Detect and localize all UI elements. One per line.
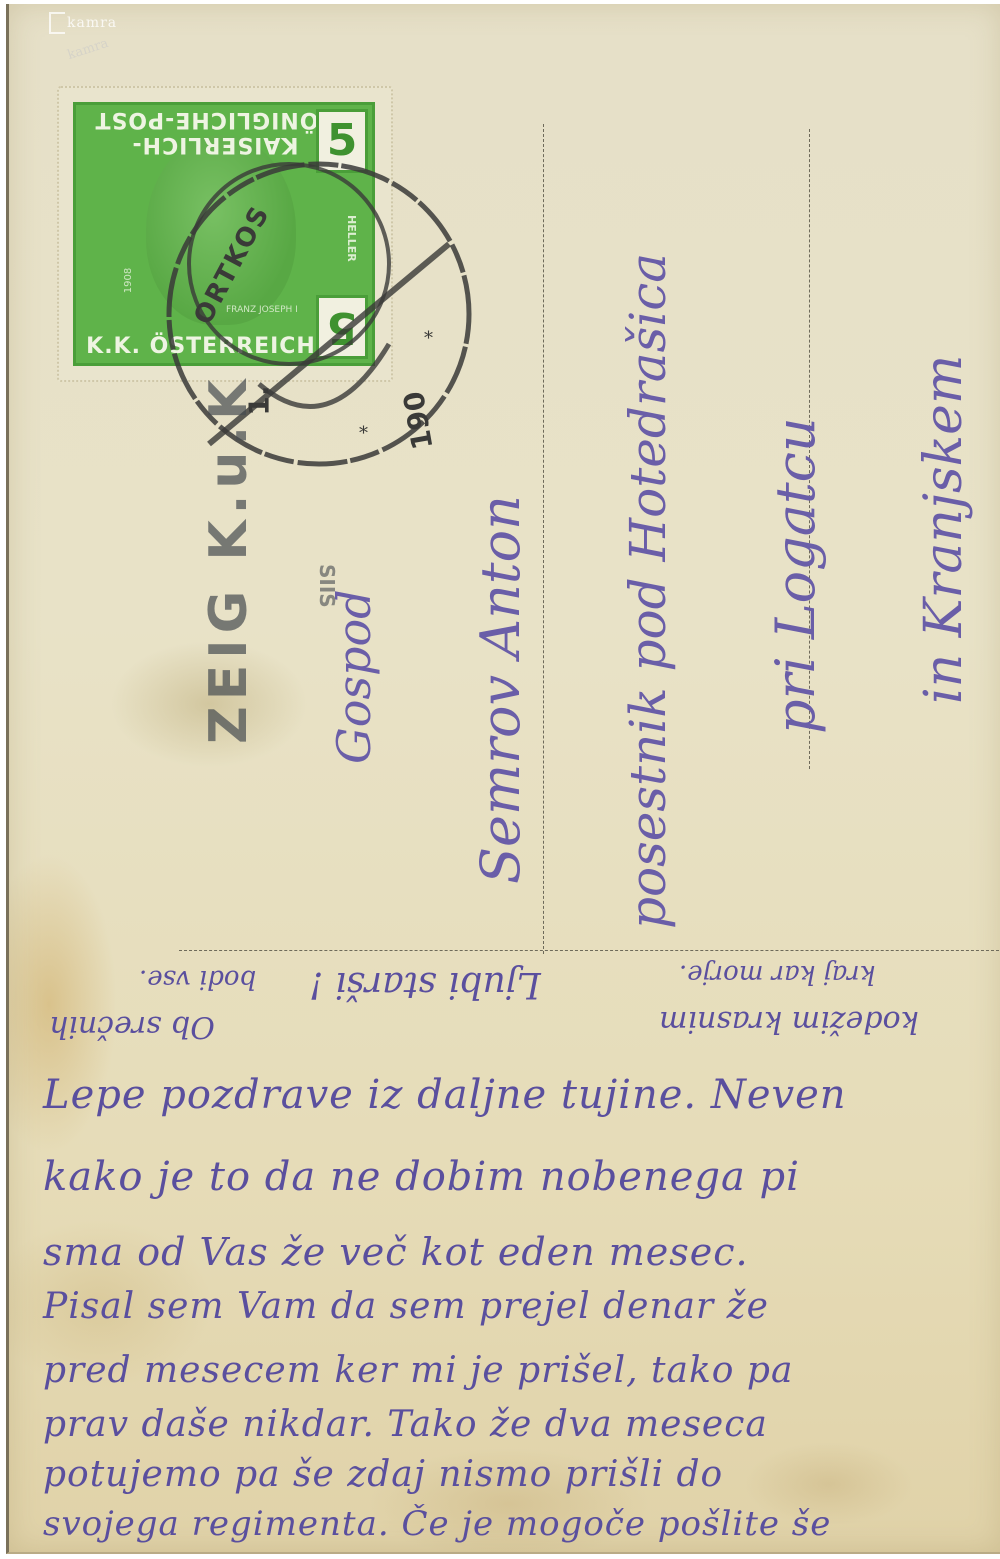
watermark: kamra — [49, 12, 117, 34]
watermark-secondary: kamra — [66, 36, 111, 63]
message-line-2: kako je to da ne dobim nobenega pi — [43, 1154, 800, 1200]
address-title: Gospod — [327, 589, 381, 764]
inverted-line-4: bodi vse. — [139, 964, 256, 994]
kamra-logo-icon — [49, 12, 65, 34]
message-divider — [179, 950, 999, 951]
inverted-greeting: Ljubi starši ! — [309, 964, 541, 1005]
message-line-1: Lepe pozdrave iz daljne tujine. Neven — [43, 1072, 847, 1118]
svg-text:*: * — [359, 423, 368, 444]
message-line-5: pred mesecem ker mi je prišel, tako pa — [43, 1350, 793, 1391]
watermark-text: kamra — [67, 15, 117, 31]
inverted-line-2: kodežim krasnim — [659, 1004, 919, 1039]
message-line-8: svojega regimenta. Če je mogoče pošlite … — [43, 1504, 831, 1544]
censor-stamp: ZEIG K.u.K — [199, 374, 259, 744]
address-guide-line-1 — [543, 124, 544, 954]
inverted-line-5: kraj kar morje. — [679, 959, 875, 989]
message-line-4: Pisal sem Vam da sem prejel denar že — [43, 1286, 769, 1327]
message-line-6: prav daše nikdar. Tako že dva meseca — [43, 1404, 768, 1445]
svg-text:*: * — [424, 328, 433, 349]
stamp-year: 1908 — [123, 268, 134, 293]
message-line-3: sma od Vas že več kot eden mesec. — [43, 1230, 749, 1274]
address-post: pri Logatcu — [764, 417, 827, 734]
postcard-back: kamra kamra KAISERLICH-KÖNIGLICHE-POST K… — [6, 4, 1000, 1554]
message-line-7: potujemo pa še zdaj nismo prišli do — [43, 1454, 723, 1495]
address-occupation: posestnik pod Hotedrašica — [619, 253, 677, 929]
inverted-line-3: Ob srečnih — [49, 1009, 215, 1044]
address-name: Semrov Anton — [469, 495, 532, 884]
address-region: in Kranjskem — [914, 355, 974, 704]
